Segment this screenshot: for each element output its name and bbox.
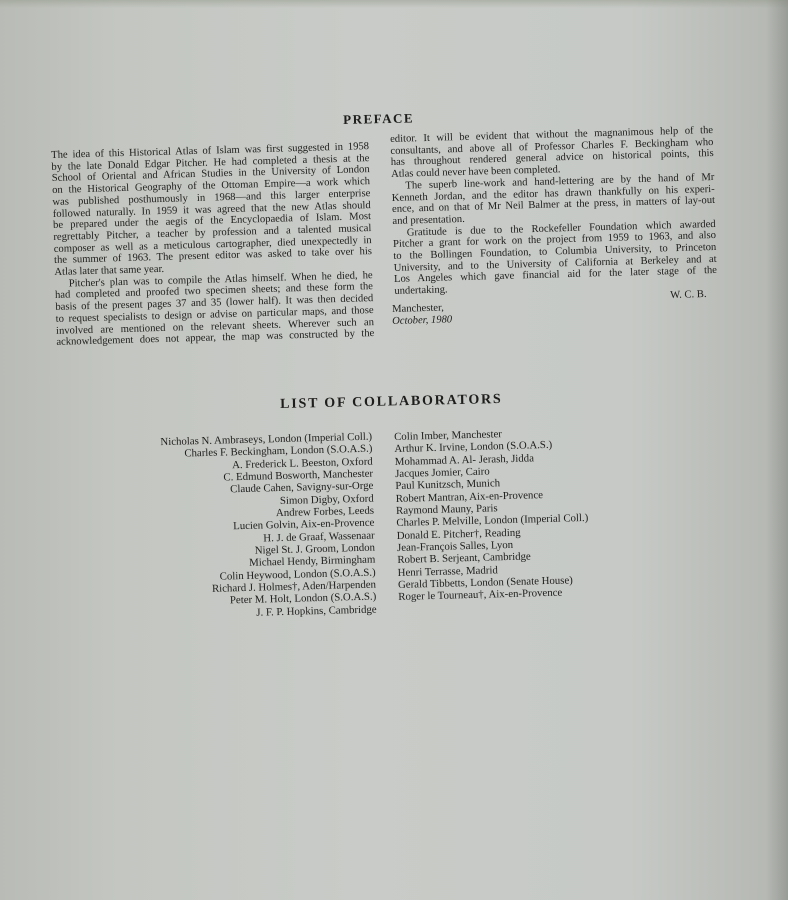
preface-place: Manchester, [392, 303, 444, 315]
scanned-page: PREFACE The idea of this Historical Atla… [0, 0, 788, 900]
preface-date: October, 1980 [392, 314, 452, 327]
collaborators-heading: LIST OF COLLABORATORS [280, 392, 503, 413]
collaborators-right-list: Colin Imber, ManchesterArthur K. Irvine,… [394, 424, 658, 604]
collaborators-left-list: Nicholas N. Ambraseys, London (Imperial … [128, 431, 377, 622]
preface-signature: W. C. B. [670, 289, 707, 301]
preface-right-column: editor. It will be evident that without … [390, 125, 717, 298]
preface-left-column: The idea of this Historical Atlas of Isl… [51, 141, 374, 349]
preface-heading: PREFACE [343, 110, 414, 128]
